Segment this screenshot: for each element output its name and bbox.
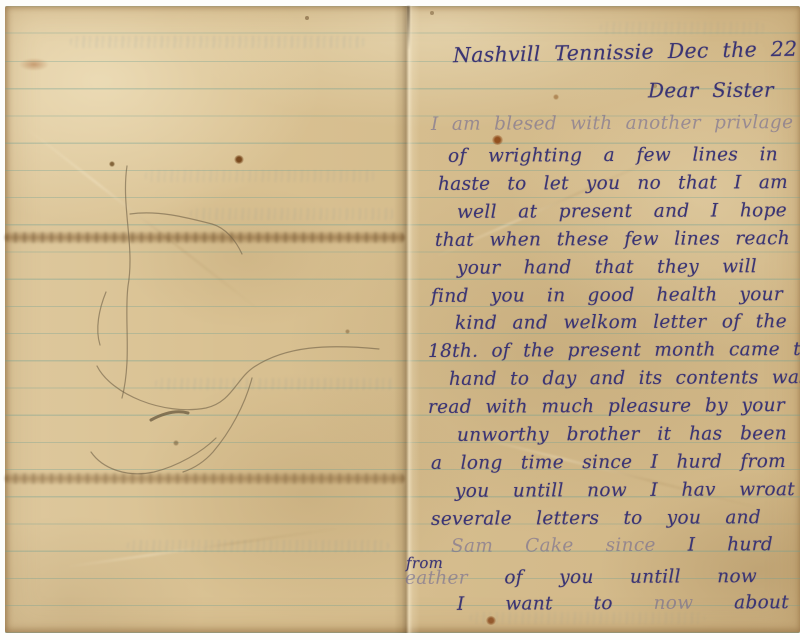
letter-line: you untill now I hav wroat [455, 478, 795, 504]
letter-line: I want to now about [457, 591, 789, 617]
letter-line: that when these few lines reach [435, 227, 790, 253]
letter-line-segment: I want to [457, 593, 654, 615]
letter-line-segment: read with much pleasure by your [428, 395, 785, 418]
ghost-writing [600, 22, 765, 34]
letter-line: severale letters to you and [431, 506, 761, 532]
letter-line-segment: I hurd [688, 534, 773, 555]
letter-line-segment: haste to let you no that I am [438, 172, 788, 195]
letter-line: haste to let you no that I am [438, 171, 788, 197]
letter-line-segment: kind and welkom letter of the [455, 311, 787, 334]
letter-line: of wrighting a few lines in [448, 143, 778, 169]
letter-line-segment: that when these few lines reach [435, 228, 790, 251]
letter-line-segment: you untill now I hav wroat [455, 479, 795, 502]
letter-line: your hand that they will [457, 255, 757, 281]
letter-line: Sam Cake since I hurd [451, 533, 773, 559]
letter-line: hand to day and its contents was [449, 366, 794, 392]
letter-line: 18th. of the present month came to [428, 338, 793, 364]
letter-line-segment: of you untill now [504, 566, 757, 588]
letter-line-segment: a long time since I hurd from [431, 451, 786, 474]
letter-line: read with much pleasure by your [428, 394, 785, 420]
letter-line-segment: now [653, 593, 693, 614]
stain [486, 616, 496, 625]
letter-line: unworthy brother it has been [457, 422, 787, 448]
letter-line: find you in good health your [431, 283, 783, 309]
letter-scan: Nashvill Tennissie Dec the 22 62 Dear Si… [0, 0, 800, 640]
pencil-scribbles [5, 6, 405, 640]
letter-line-segment: severale letters to you and [431, 507, 761, 530]
letter-line-segment: hand to day and its contents was [449, 367, 800, 390]
letter-line: well at present and I hope [457, 199, 787, 225]
letter-line-segment: Sam Cake since [451, 535, 688, 557]
letter-line-segment: eather [405, 567, 504, 589]
letter-line: a long time since I hurd from [431, 450, 786, 476]
aged-paper: Nashvill Tennissie Dec the 22 62 Dear Si… [5, 6, 800, 633]
stain [553, 94, 559, 100]
letter-line-segment: well at present and I hope [457, 200, 787, 223]
stain [430, 11, 434, 15]
letter-line-segment: find you in good health your [431, 284, 783, 307]
letter-line-segment: 18th. of the present month came to [428, 339, 800, 362]
letter-line: I am blesed with another privlage [431, 111, 793, 137]
center-fold-line [407, 6, 410, 50]
letter-line-segment: your hand that they will [457, 256, 757, 279]
letter-line: eather of you untill now [405, 565, 757, 591]
letter-line-segment: of wrighting a few lines in [448, 144, 778, 167]
letter-line-segment: about [693, 592, 789, 614]
letter-salutation: Dear Sister [648, 78, 774, 103]
letter-line-segment: I am blesed with another privlage [431, 112, 793, 135]
letter-line-segment: unworthy brother it has been [457, 423, 787, 446]
letter-line: kind and welkom letter of the [455, 310, 787, 336]
